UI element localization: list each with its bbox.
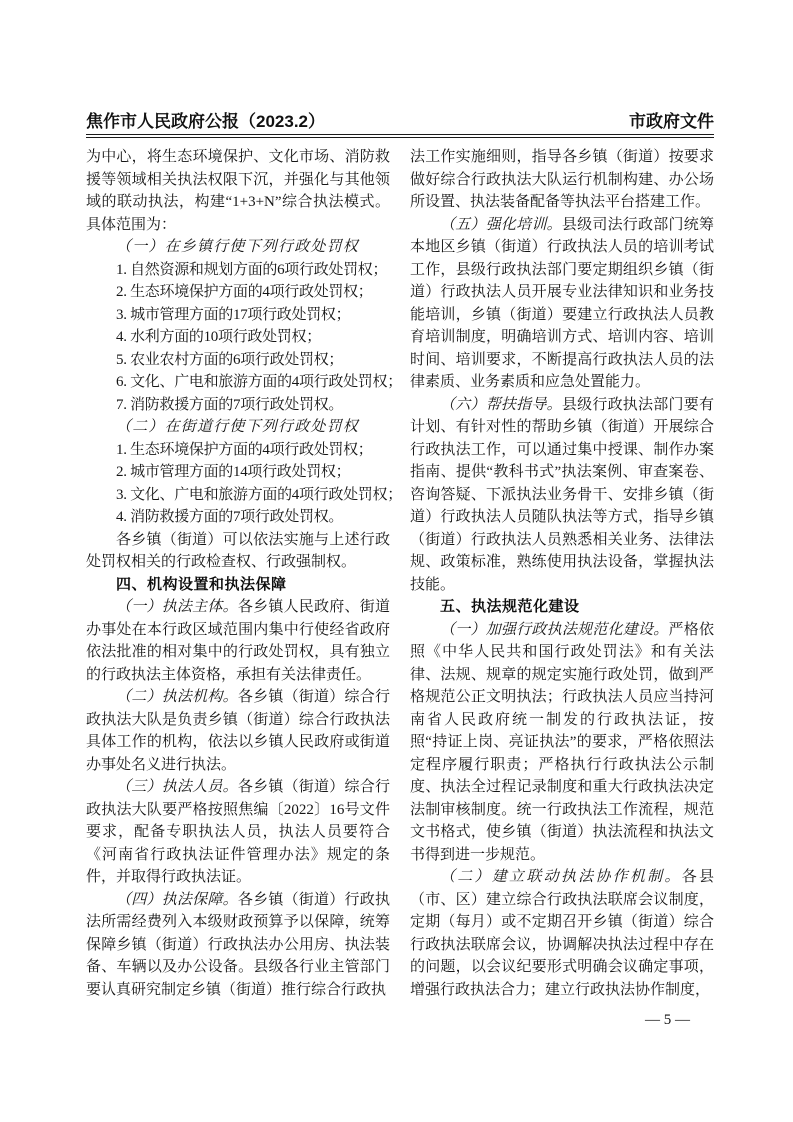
list-item: 7. 消防救援方面的7项行政处罚权。 (86, 394, 390, 417)
list-item: 3. 文化、广电和旅游方面的4项行政处罚权； (86, 484, 390, 507)
paragraph-text: 县级司法行政部门统筹本地区乡镇（街道）行政执法人员的培训考试工作，县级行政执法部… (410, 217, 714, 391)
paragraph-lead: （四）执法保障。 (116, 892, 238, 908)
list-item: 2. 城市管理方面的14项行政处罚权； (86, 461, 390, 484)
left-column: 为中心，将生态环境保护、文化市场、消防救援等领域相关执法权限下沉，并强化与其他领… (86, 146, 390, 1001)
paragraph: 法工作实施细则，指导各乡镇（街道）按要求做好综合行政执法大队运行机制构建、办公场… (410, 146, 714, 214)
paragraph-lead: （二）执法机构。 (116, 689, 238, 705)
paragraph-lead: （三）执法人员。 (116, 779, 238, 795)
list-item: 4. 消防救援方面的7项行政处罚权。 (86, 506, 390, 529)
paragraph-lead: （二）建立联动执法协作机制。 (440, 869, 682, 885)
section-heading: 五、执法规范化建设 (410, 596, 714, 619)
paragraph: （六）帮扶指导。县级行政执法部门要有计划、有针对性的帮助乡镇（街道）开展综合行政… (410, 394, 714, 597)
list-item: 1. 自然资源和规划方面的6项行政处罚权； (86, 259, 390, 282)
paragraph-lead: （五）强化培训。 (440, 217, 562, 233)
paragraph: （三）执法人员。各乡镇（街道）综合行政执法大队要严格按照焦编〔2022〕16号文… (86, 776, 390, 889)
page-number: — 5 — (410, 1012, 714, 1029)
paragraph-text: 县级行政执法部门要有计划、有针对性的帮助乡镇（街道）开展综合行政执法工作，可以通… (410, 397, 714, 593)
paragraph: 为中心，将生态环境保护、文化市场、消防救援等领域相关执法权限下沉，并强化与其他领… (86, 146, 390, 236)
header-rule (86, 134, 714, 138)
right-column: 法工作实施细则，指导各乡镇（街道）按要求做好综合行政执法大队运行机制构建、办公场… (410, 146, 714, 1001)
list-item: 6. 文化、广电和旅游方面的4项行政处罚权； (86, 371, 390, 394)
paragraph: （一）执法主体。各乡镇人民政府、街道办事处在本行政区域范围内集中行使经省政府依法… (86, 596, 390, 686)
list-item: 2. 生态环境保护方面的4项行政处罚权； (86, 281, 390, 304)
paragraph-text: 各县（市、区）建立综合行政执法联席会议制度，定期（每月）或不定期召开乡镇（街道）… (410, 869, 714, 998)
document-category-label: 市政府文件 (629, 107, 714, 132)
list-item: 3. 城市管理方面的17项行政处罚权； (86, 304, 390, 327)
paragraph-lead: （六）帮扶指导。 (440, 397, 562, 413)
list-item: 1. 生态环境保护方面的4项行政处罚权； (86, 439, 390, 462)
gazette-title: 焦作市人民政府公报（2023.2） (86, 107, 325, 132)
paragraph: （一）加强行政执法规范化建设。严格依照《中华人民共和国行政处罚法》和有关法律、法… (410, 619, 714, 867)
list-item: 5. 农业农村方面的6项行政处罚权； (86, 349, 390, 372)
paragraph-text: 严格依照《中华人民共和国行政处罚法》和有关法律、法规、规章的规定实施行政处罚，做… (410, 622, 714, 863)
section-heading: 四、机构设置和执法保障 (86, 574, 390, 597)
paragraph: （二）执法机构。各乡镇（街道）综合行政执法大队是负责乡镇（街道）综合行政执法具体… (86, 686, 390, 776)
subsection-heading: （二）在街道行使下列行政处罚权 (86, 416, 390, 439)
paragraph-lead: （一）执法主体。 (116, 599, 238, 615)
paragraph: （二）建立联动执法协作机制。各县（市、区）建立综合行政执法联席会议制度，定期（每… (410, 866, 714, 1001)
paragraph: （四）执法保障。各乡镇（街道）行政执法所需经费列入本级财政预算予以保障，统筹保障… (86, 889, 390, 1002)
document-page: 焦作市人民政府公报（2023.2） 市政府文件 为中心，将生态环境保护、文化市场… (0, 0, 793, 1122)
paragraph-lead: （一）加强行政执法规范化建设。 (440, 622, 669, 638)
page-header: 焦作市人民政府公报（2023.2） 市政府文件 (86, 107, 714, 132)
subsection-heading: （一）在乡镇行使下列行政处罚权 (86, 236, 390, 259)
list-item: 4. 水利方面的10项行政处罚权； (86, 326, 390, 349)
paragraph: 各乡镇（街道）可以依法实施与上述行政处罚权相关的行政检查权、行政强制权。 (86, 529, 390, 574)
document-body: 为中心，将生态环境保护、文化市场、消防救援等领域相关执法权限下沉，并强化与其他领… (86, 146, 714, 1001)
paragraph: （五）强化培训。县级司法行政部门统筹本地区乡镇（街道）行政执法人员的培训考试工作… (410, 214, 714, 394)
